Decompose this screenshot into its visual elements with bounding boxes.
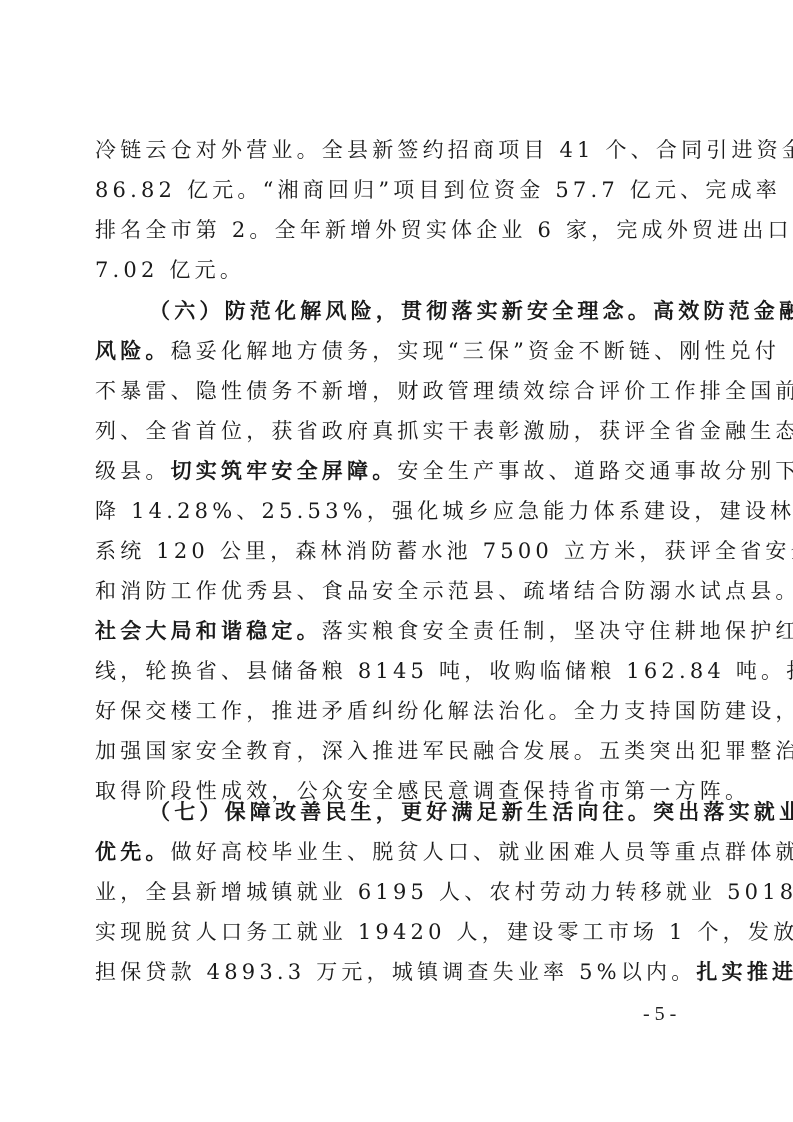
text-line: 列、全省首位，获省政府真抓实干表彰激励，获评全省金融生态 A [95, 411, 699, 451]
text-line: 风险。稳妥化解地方债务，实现“三保”资金不断链、刚性兑付 [95, 331, 699, 371]
text-run: 线，轮换省、县储备粮 8145 吨，收购临储粮 162.84 吨。扎实做 [95, 659, 793, 683]
text-line: 线，轮换省、县储备粮 8145 吨，收购临储粮 162.84 吨。扎实做 [95, 651, 699, 691]
subheading: 扎实推进教育强 [696, 960, 793, 984]
text-run: 冷链云仓对外营业。全县新签约招商项目 41 个、合同引进资金 [95, 138, 793, 162]
text-line: 不暴雷、隐性债务不新增，财政管理绩效综合评价工作排全国前 [95, 371, 699, 411]
text-run: 降 14.28%、25.53%，强化城乡应急能力体系建设，建设林火阻隔 [95, 499, 793, 523]
text-run: 列、全省首位，获省政府真抓实干表彰激励，获评全省金融生态 A [95, 419, 793, 443]
text-line: 级县。切实筑牢安全屏障。安全生产事故、道路交通事故分别下 [95, 451, 699, 491]
text-run: 7.02 亿元。 [95, 258, 245, 282]
section-heading: （六）防范化解风险，贯彻落实新安全理念。高效防范金融 [149, 299, 793, 323]
text-run: 加强国家安全教育，深入推进军民融合发展。五类突出犯罪整治 [95, 739, 793, 763]
text-run: 和消防工作优秀县、食品安全示范县、疏堵结合防溺水试点县。 [95, 579, 793, 603]
text-run: 系统 120 公里，森林消防蓄水池 7500 立方米，获评全省安全生产 [95, 539, 793, 563]
text-run: 担保贷款 4893.3 万元，城镇调查失业率 5%以内。 [95, 960, 696, 984]
text-line: 优先。做好高校毕业生、脱贫人口、就业困难人员等重点群体就 [95, 832, 699, 872]
text-run: 级县。 [95, 459, 171, 483]
text-run: 不暴雷、隐性债务不新增，财政管理绩效综合评价工作排全国前 [95, 379, 793, 403]
section-heading-line: （七）保障改善民生，更好满足新生活向往。突出落实就业 [95, 792, 699, 832]
paragraph-investment: 冷链云仓对外营业。全县新签约招商项目 41 个、合同引进资金 86.82 亿元。… [95, 130, 699, 290]
page-number: - 5 - [643, 1003, 676, 1026]
text-run: 落实粮食安全责任制，坚决守住耕地保护红 [322, 619, 793, 643]
text-line: 加强国家安全教育，深入推进军民融合发展。五类突出犯罪整治 [95, 731, 699, 771]
text-run: 做好高校毕业生、脱贫人口、就业困难人员等重点群体就 [171, 840, 793, 864]
text-run: 业，全县新增城镇就业 6195 人、农村劳动力转移就业 5018 人， [95, 880, 793, 904]
text-run: 排名全市第 2。全年新增外贸实体企业 6 家，完成外贸进出口总额 [95, 218, 793, 242]
text-run: 稳妥化解地方债务，实现“三保”资金不断链、刚性兑付 [171, 339, 780, 363]
text-run: 86.82 亿元。“湘商回归”项目到位资金 57.7 亿元、完成率 144%、 [95, 178, 793, 202]
text-run: 安全生产事故、道路交通事故分别下 [397, 459, 793, 483]
text-run: 好保交楼工作，推进矛盾纠纷化解法治化。全力支持国防建设， [95, 699, 793, 723]
text-line: 86.82 亿元。“湘商回归”项目到位资金 57.7 亿元、完成率 144%、 [95, 170, 699, 210]
text-line: 担保贷款 4893.3 万元，城镇调查失业率 5%以内。扎实推进教育强 [95, 952, 699, 992]
subheading: 切实筑牢安全屏障。 [171, 459, 398, 483]
text-line: 排名全市第 2。全年新增外贸实体企业 6 家，完成外贸进出口总额 [95, 210, 699, 250]
text-line: 和消防工作优秀县、食品安全示范县、疏堵结合防溺水试点县。 [95, 571, 699, 611]
text-line: 实现脱贫人口务工就业 19420 人，建设零工市场 1 个，发放创业 [95, 912, 699, 952]
text-line: 社会大局和谐稳定。落实粮食安全责任制，坚决守住耕地保护红 [95, 611, 699, 651]
text-line: 冷链云仓对外营业。全县新签约招商项目 41 个、合同引进资金 [95, 130, 699, 170]
text-line: 降 14.28%、25.53%，强化城乡应急能力体系建设，建设林火阻隔 [95, 491, 699, 531]
paragraph-risk-prevention: （六）防范化解风险，贯彻落实新安全理念。高效防范金融 风险。稳妥化解地方债务，实… [95, 291, 699, 811]
text-run: 实现脱贫人口务工就业 19420 人，建设零工市场 1 个，发放创业 [95, 920, 793, 944]
text-line: 7.02 亿元。 [95, 250, 699, 290]
paragraph-livelihood: （七）保障改善民生，更好满足新生活向往。突出落实就业 优先。做好高校毕业生、脱贫… [95, 792, 699, 992]
subheading: 风险。 [95, 339, 171, 363]
section-heading: （七）保障改善民生，更好满足新生活向往。突出落实就业 [149, 800, 793, 824]
text-line: 系统 120 公里，森林消防蓄水池 7500 立方米，获评全省安全生产 [95, 531, 699, 571]
subheading: 优先。 [95, 840, 171, 864]
subheading: 社会大局和谐稳定。 [95, 619, 322, 643]
section-heading-line: （六）防范化解风险，贯彻落实新安全理念。高效防范金融 [95, 291, 699, 331]
text-line: 好保交楼工作，推进矛盾纠纷化解法治化。全力支持国防建设， [95, 691, 699, 731]
text-line: 业，全县新增城镇就业 6195 人、农村劳动力转移就业 5018 人， [95, 872, 699, 912]
